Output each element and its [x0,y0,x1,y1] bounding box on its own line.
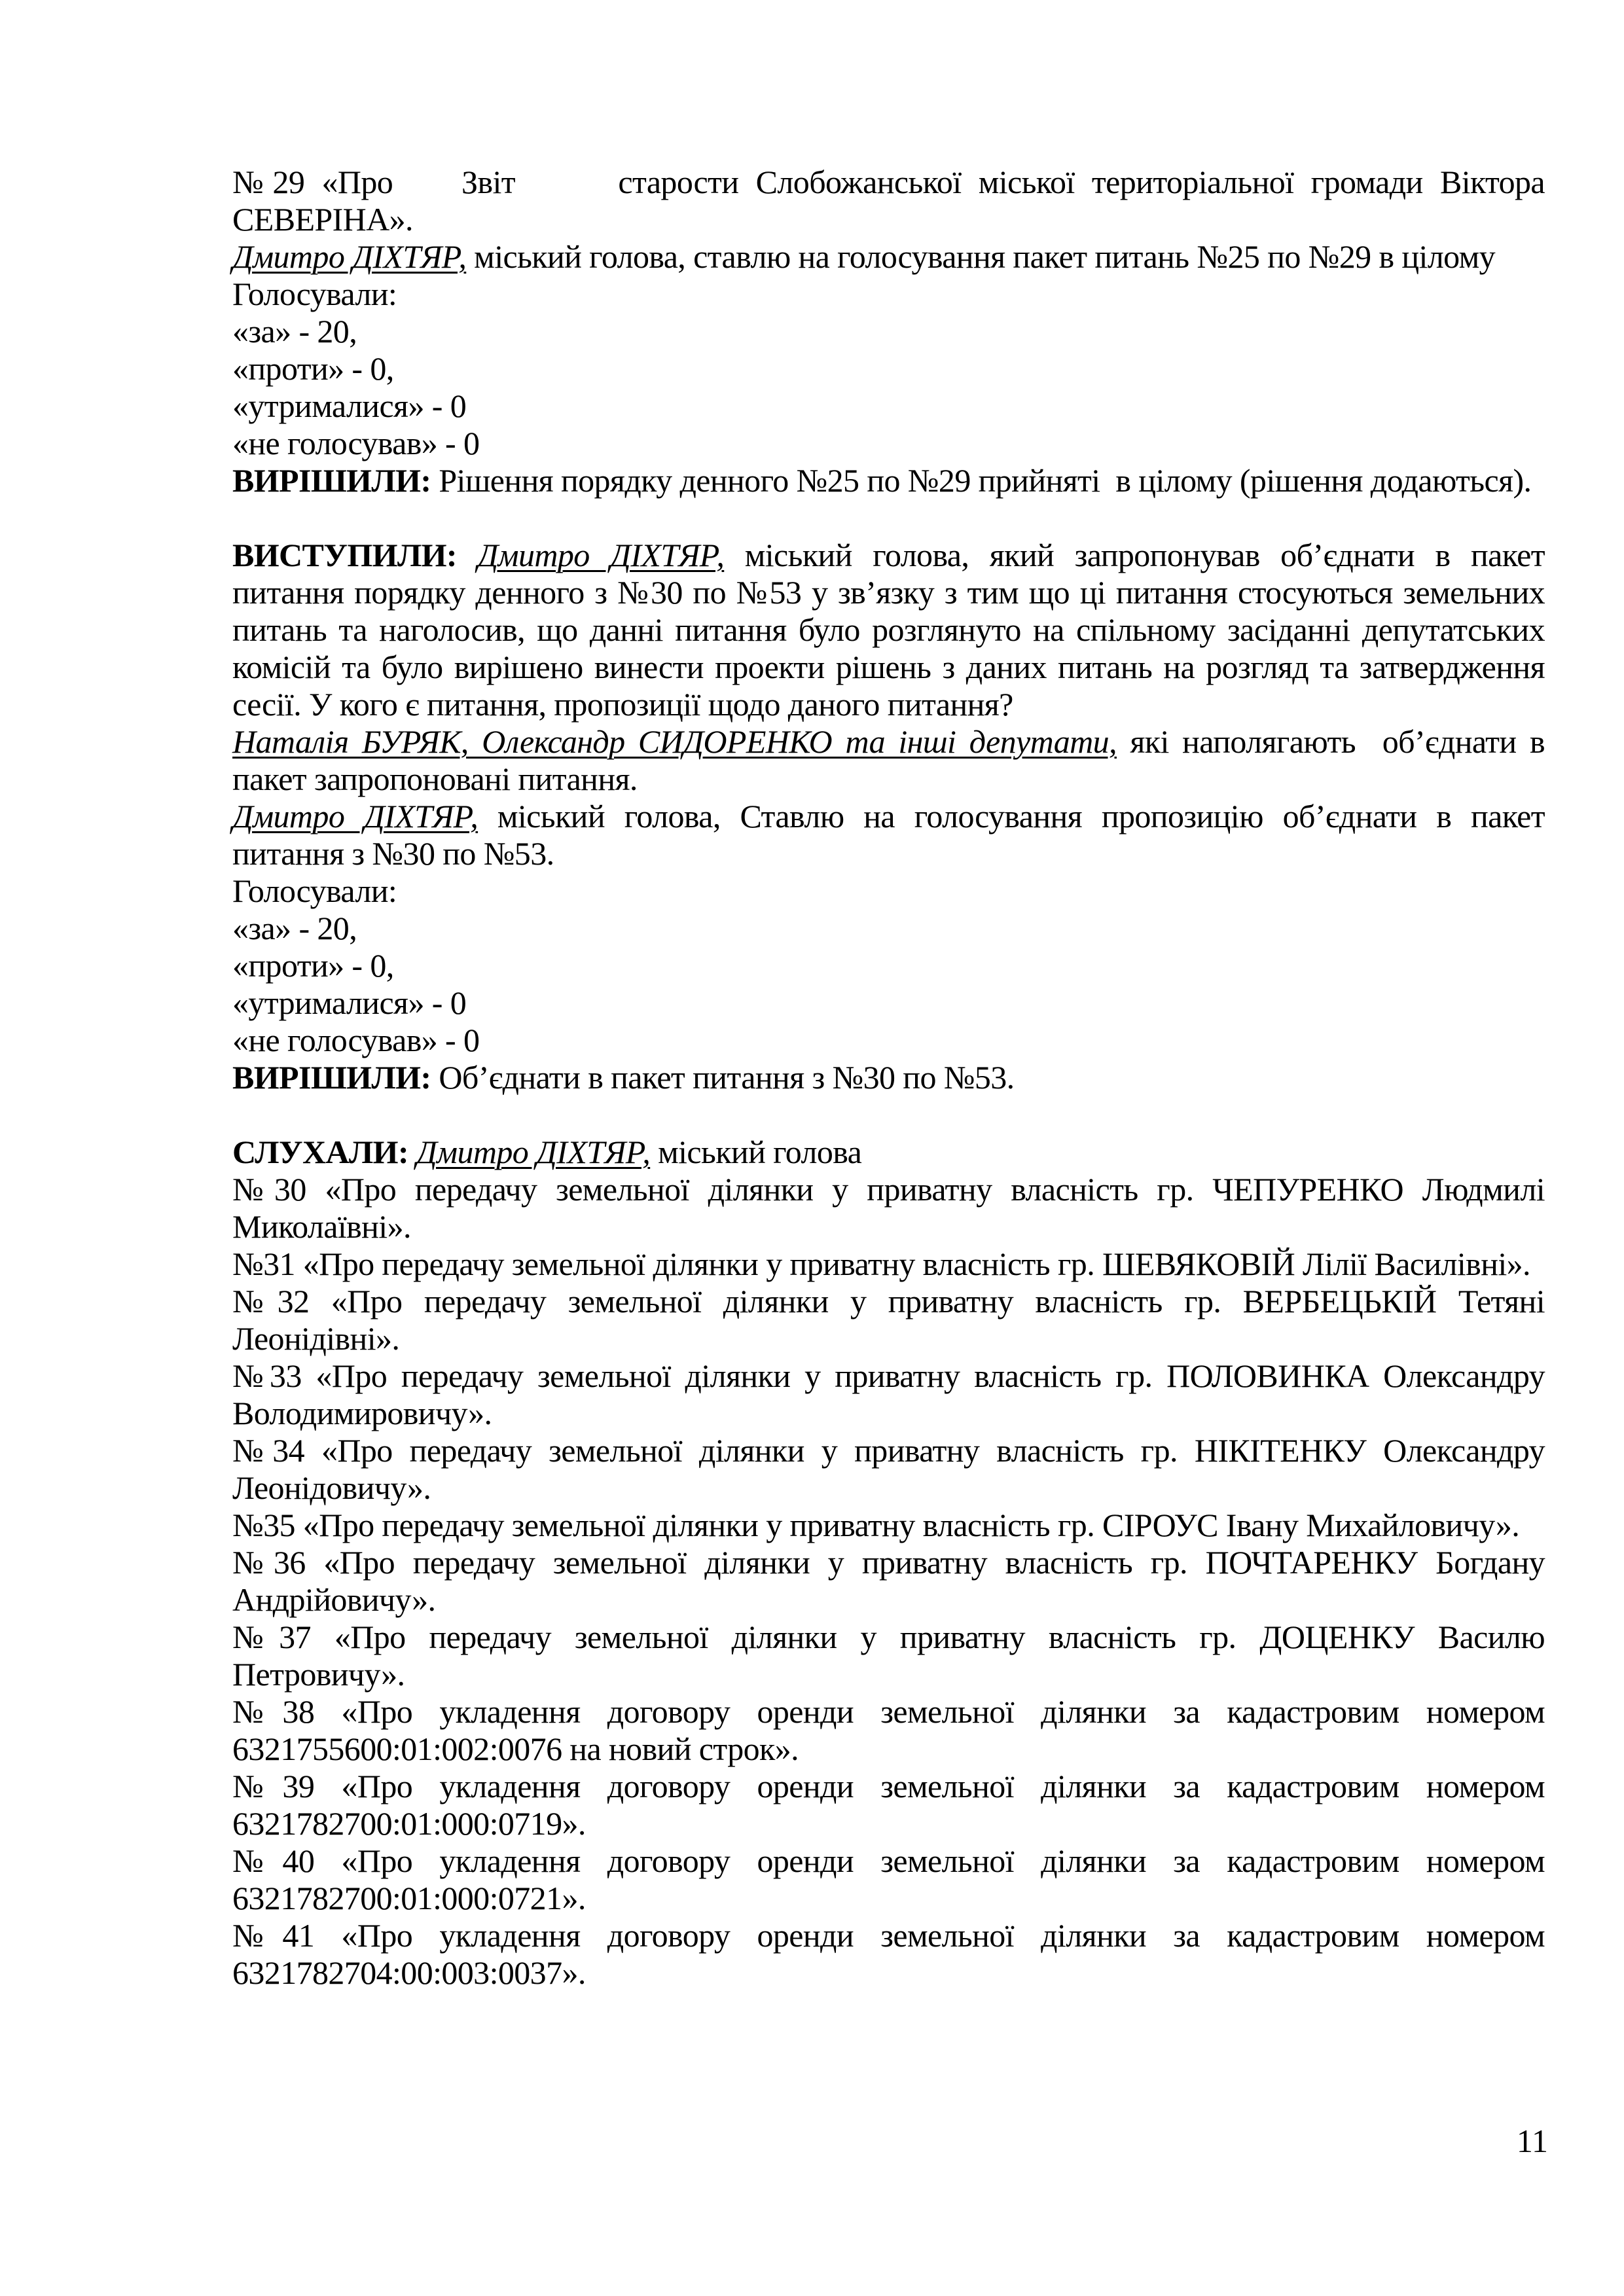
blank-line [232,1096,1545,1134]
paragraph: №40 «Про укладення договору оренди земел… [232,1842,1545,1917]
text-run: №41 «Про укладення договору оренди земел… [232,1917,1545,1991]
paragraph: №38 «Про укладення договору оренди земел… [232,1693,1545,1768]
text-run: №36 «Про передачу земельної ділянки у пр… [232,1544,1545,1618]
paragraph: №39 «Про укладення договору оренди земел… [232,1768,1545,1842]
section-label: СЛУХАЛИ: [232,1134,416,1170]
text-run: «проти» - 0, [232,350,394,387]
paragraph: №29 «Про Звіт старости Слобожанської міс… [232,164,1545,238]
text-run: №34 «Про передачу земельної ділянки у пр… [232,1432,1545,1506]
paragraph: №35 «Про передачу земельної ділянки у пр… [232,1507,1545,1544]
section-label: ВИСТУПИЛИ: [232,537,477,573]
paragraph: №30 «Про передачу земельної ділянки у пр… [232,1171,1545,1246]
speaker-name: Дмитро ДІХТЯР, [477,537,724,573]
text-run: №35 «Про передачу земельної ділянки у пр… [232,1507,1519,1543]
paragraph: Дмитро ДІХТЯР, міський голова, Ставлю на… [232,798,1545,872]
text-run: «за» - 20, [232,910,357,946]
paragraph: Дмитро ДІХТЯР, міський голова, ставлю на… [232,238,1545,276]
text-run: міський голова, ставлю на голосування па… [466,238,1495,275]
document-body: №29 «Про Звіт старости Слобожанської міс… [232,164,1545,1992]
text-run: №30 «Про передачу земельної ділянки у пр… [232,1171,1545,1245]
section-label: ВИРІШИЛИ: [232,462,431,499]
speaker-name: Дмитро ДІХТЯР, [416,1134,650,1170]
document-page: №29 «Про Звіт старости Слобожанської міс… [0,0,1624,2296]
paragraph: «проти» - 0, [232,947,1545,984]
text-run: Голосували: [232,872,397,909]
speaker-name: Дмитро ДІХТЯР, [232,798,478,834]
text-run: «не голосував» - 0 [232,425,479,461]
text-run: №33 «Про передачу земельної ділянки у пр… [232,1357,1545,1431]
text-run: «не голосував» - 0 [232,1022,479,1058]
paragraph: №32 «Про передачу земельної ділянки у пр… [232,1283,1545,1357]
text-run: Голосували: [232,276,397,312]
paragraph: Голосували: [232,872,1545,910]
paragraph: №33 «Про передачу земельної ділянки у пр… [232,1357,1545,1432]
text-run: «за» - 20, [232,313,357,350]
text-run: міський голова [650,1134,861,1170]
section-label: ВИРІШИЛИ: [232,1059,431,1096]
text-run: Рішення порядку денного №25 по №29 прийн… [431,462,1531,499]
text-run: №37 «Про передачу земельної ділянки у пр… [232,1619,1545,1693]
paragraph: «за» - 20, [232,313,1545,350]
paragraph: №41 «Про укладення договору оренди земел… [232,1917,1545,1992]
text-run: №39 «Про укладення договору оренди земел… [232,1768,1545,1842]
paragraph: ВИРІШИЛИ: Рішення порядку денного №25 по… [232,462,1545,499]
text-run: «проти» - 0, [232,947,394,984]
paragraph: «утрималися» - 0 [232,984,1545,1022]
paragraph: СЛУХАЛИ: Дмитро ДІХТЯР, міський голова [232,1134,1545,1171]
text-run: №38 «Про укладення договору оренди земел… [232,1693,1545,1767]
paragraph: «не голосував» - 0 [232,425,1545,462]
paragraph: №31 «Про передачу земельної ділянки у пр… [232,1246,1545,1283]
text-run: №29 «Про Звіт старости Слобожанської міс… [232,164,1545,238]
paragraph: Голосували: [232,276,1545,313]
paragraph: «за» - 20, [232,910,1545,947]
paragraph: «утрималися» - 0 [232,387,1545,425]
text-run: «утрималися» - 0 [232,387,466,424]
paragraph: «проти» - 0, [232,350,1545,387]
speaker-name: Наталія БУРЯК, Олександр СИДОРЕНКО та ін… [232,723,1117,760]
blank-line [232,499,1545,537]
paragraph: «не голосував» - 0 [232,1022,1545,1059]
paragraph: №37 «Про передачу земельної ділянки у пр… [232,1619,1545,1693]
speaker-name: Дмитро ДІХТЯР, [232,238,466,275]
paragraph: ВИРІШИЛИ: Об’єднати в пакет питання з №3… [232,1059,1545,1096]
text-run: №32 «Про передачу земельної ділянки у пр… [232,1283,1545,1357]
text-run: №31 «Про передачу земельної ділянки у пр… [232,1246,1530,1282]
paragraph: №36 «Про передачу земельної ділянки у пр… [232,1544,1545,1619]
text-run: Об’єднати в пакет питання з №30 по №53. [431,1059,1014,1096]
paragraph: №34 «Про передачу земельної ділянки у пр… [232,1432,1545,1507]
paragraph: Наталія БУРЯК, Олександр СИДОРЕНКО та ін… [232,723,1545,798]
page-number: 11 [1517,2123,1548,2160]
paragraph: ВИСТУПИЛИ: Дмитро ДІХТЯР, міський голова… [232,537,1545,723]
text-run: «утрималися» - 0 [232,984,466,1021]
text-run: №40 «Про укладення договору оренди земел… [232,1842,1545,1916]
